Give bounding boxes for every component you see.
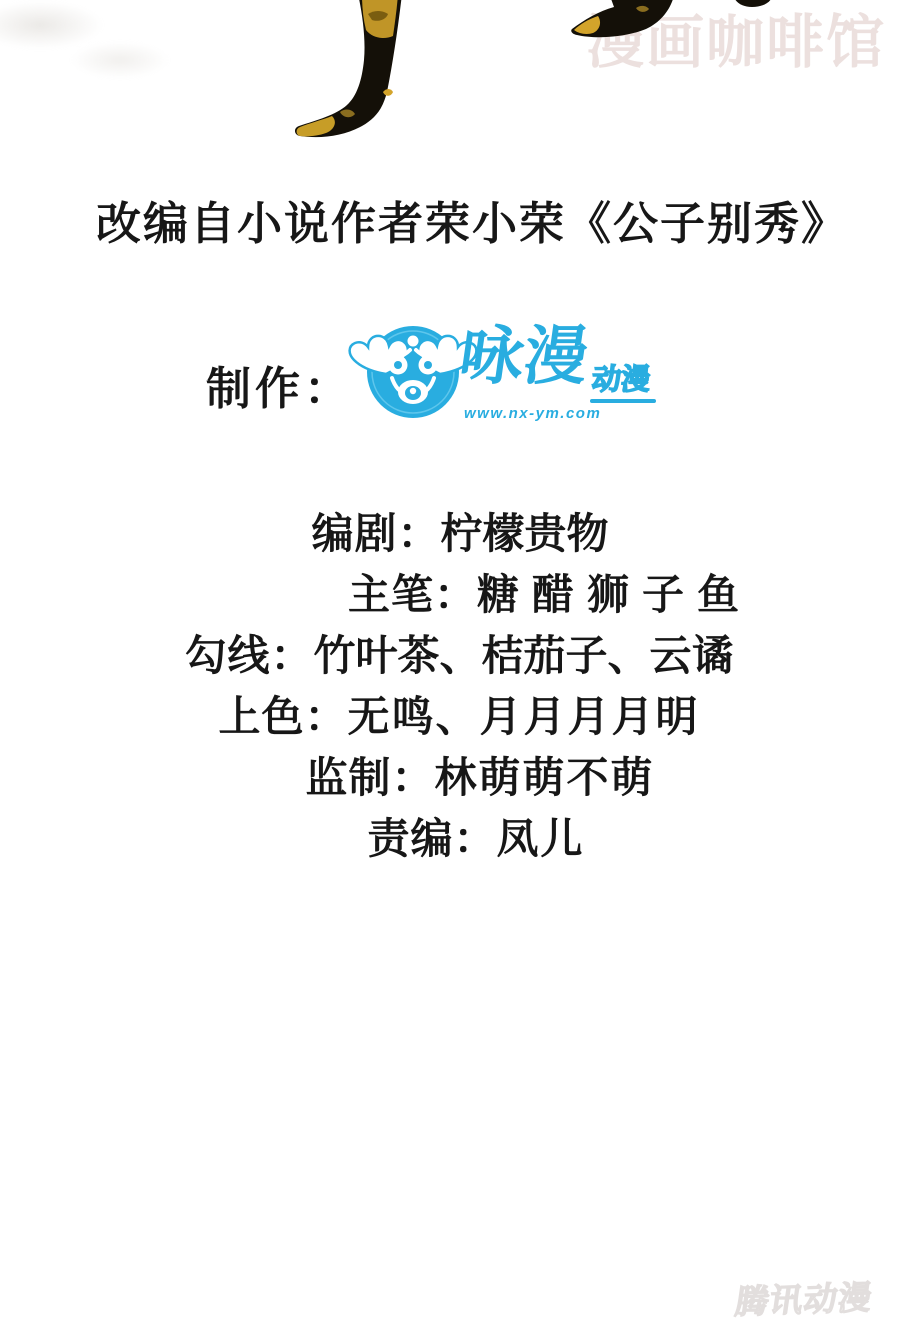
credit-names: 无鸣、月月月月明	[348, 693, 700, 740]
horizontal-stroke-icon	[571, 0, 674, 37]
credit-line-coloring: 上色：无鸣、月月月月明	[9, 686, 900, 747]
credit-role: 主笔：	[348, 571, 477, 618]
credit-role: 编剧：	[311, 510, 440, 557]
credit-role: 上色：	[218, 693, 347, 740]
credit-line-supervisor: 监制：林萌萌不萌	[30, 747, 900, 808]
studio-logo-main-text: 咏漫	[456, 324, 593, 388]
studio-logo-sub-text: 动漫	[590, 366, 651, 395]
platform-watermark-bottom: 腾讯动漫	[733, 1281, 874, 1319]
adaptation-credit-line: 改编自小说作者荣小荣《公子别秀》	[82, 199, 862, 249]
stroke-fragment-icon	[734, 0, 772, 7]
hook-stroke-icon	[295, 0, 402, 137]
credit-line-lead-artist: 主笔：糖醋狮子鱼	[100, 564, 900, 625]
credit-names: 竹叶茶、桔茄子、云谲	[314, 632, 734, 679]
credit-names: 凤儿	[497, 815, 585, 862]
credit-names: 糖醋狮子鱼	[477, 571, 752, 618]
credit-line-inking: 勾线：竹叶茶、桔茄子、云谲	[9, 625, 900, 686]
credit-role: 责编：	[367, 815, 496, 862]
credit-line-screenwriter: 编剧：柠檬贵物	[10, 503, 900, 564]
studio-logo-underline	[590, 399, 656, 403]
calligraphy-brush-strokes	[0, 0, 900, 200]
credit-names: 柠檬贵物	[441, 510, 609, 557]
production-row: 制作： 咏漫 动漫 www.nx-ym.com	[206, 318, 706, 434]
studio-logo-url: www.nx-ym.com	[464, 405, 601, 422]
production-label: 制作：	[206, 352, 353, 417]
credits-block: 编剧：柠檬贵物 主笔：糖醋狮子鱼 勾线：竹叶茶、桔茄子、云谲 上色：无鸣、月月月…	[0, 503, 900, 869]
credit-line-editor: 责编：凤儿	[26, 808, 900, 869]
credit-role: 监制：	[305, 754, 434, 801]
credit-role: 勾线：	[184, 632, 313, 679]
credit-names: 林萌萌不萌	[435, 754, 655, 801]
